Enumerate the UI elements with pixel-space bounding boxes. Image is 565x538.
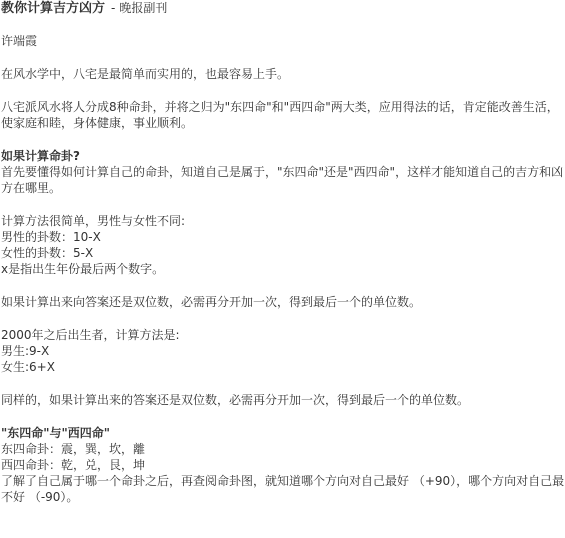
article-header: 教你计算吉方凶方-晚报副刊 xyxy=(1,0,565,16)
method-line-female: 女性的卦数：5-X xyxy=(1,245,565,261)
east-gua-line: 东四命卦：震，巽，坎，離 xyxy=(1,441,565,457)
title-separator: - xyxy=(111,1,115,15)
method-line-male: 男性的卦数：10-X xyxy=(1,229,565,245)
paragraph-calculate-intro: 首先要懂得如何计算自己的命卦，知道自己是属于，"东四命"还是"西四命"，这样才能… xyxy=(1,164,565,196)
paragraph-bazhai: 八宅派风水将人分成8种命卦，并将之归为"东四命"和"西四命"两大类，应用得法的话… xyxy=(1,99,565,131)
after-2000-male: 男生:9-X xyxy=(1,343,565,359)
section-heading-calculate: 如果计算命卦? xyxy=(1,148,565,164)
paragraph-double-digit: 如果计算出来向答案还是双位数，必需再分开加一次，得到最后一个的单位数。 xyxy=(1,294,565,310)
direction-note: 了解了自己属于哪一个命卦之后，再查阅命卦图，就知道哪个方向对自己最好 （+90）… xyxy=(1,473,565,505)
article: 教你计算吉方凶方-晚报副刊 许端霞 在风水学中，八宅是最简单而实用的，也最容易上… xyxy=(0,0,565,505)
article-title: 教你计算吉方凶方 xyxy=(1,1,105,16)
article-source: 晚报副刊 xyxy=(119,1,167,15)
method-line: 计算方法很简单，男性与女性不同: xyxy=(1,213,565,229)
method-block: 计算方法很简单，男性与女性不同: 男性的卦数：10-X 女性的卦数：5-X x是… xyxy=(1,213,565,277)
paragraph-same-rule: 同样的，如果计算出来的答案还是双位数，必需再分开加一次，得到最后一个的单位数。 xyxy=(1,392,565,408)
east-west-block: 东四命卦：震，巽，坎，離 西四命卦：乾，兑，艮，坤 了解了自己属于哪一个命卦之后… xyxy=(1,441,565,505)
west-gua-line: 西四命卦：乾，兑，艮，坤 xyxy=(1,457,565,473)
section-heading-east-west: "东四命"与"西四命" xyxy=(1,425,565,441)
after-2000-female: 女生:6+X xyxy=(1,359,565,375)
method-line-x-note: x是指出生年份最后两个数字。 xyxy=(1,261,565,277)
paragraph-intro: 在风水学中，八宅是最简单而实用的，也最容易上手。 xyxy=(1,66,565,82)
after-2000-block: 2000年之后出生者，计算方法是: 男生:9-X 女生:6+X xyxy=(1,327,565,375)
after-2000-line: 2000年之后出生者，计算方法是: xyxy=(1,327,565,343)
article-author: 许端霞 xyxy=(1,33,565,49)
